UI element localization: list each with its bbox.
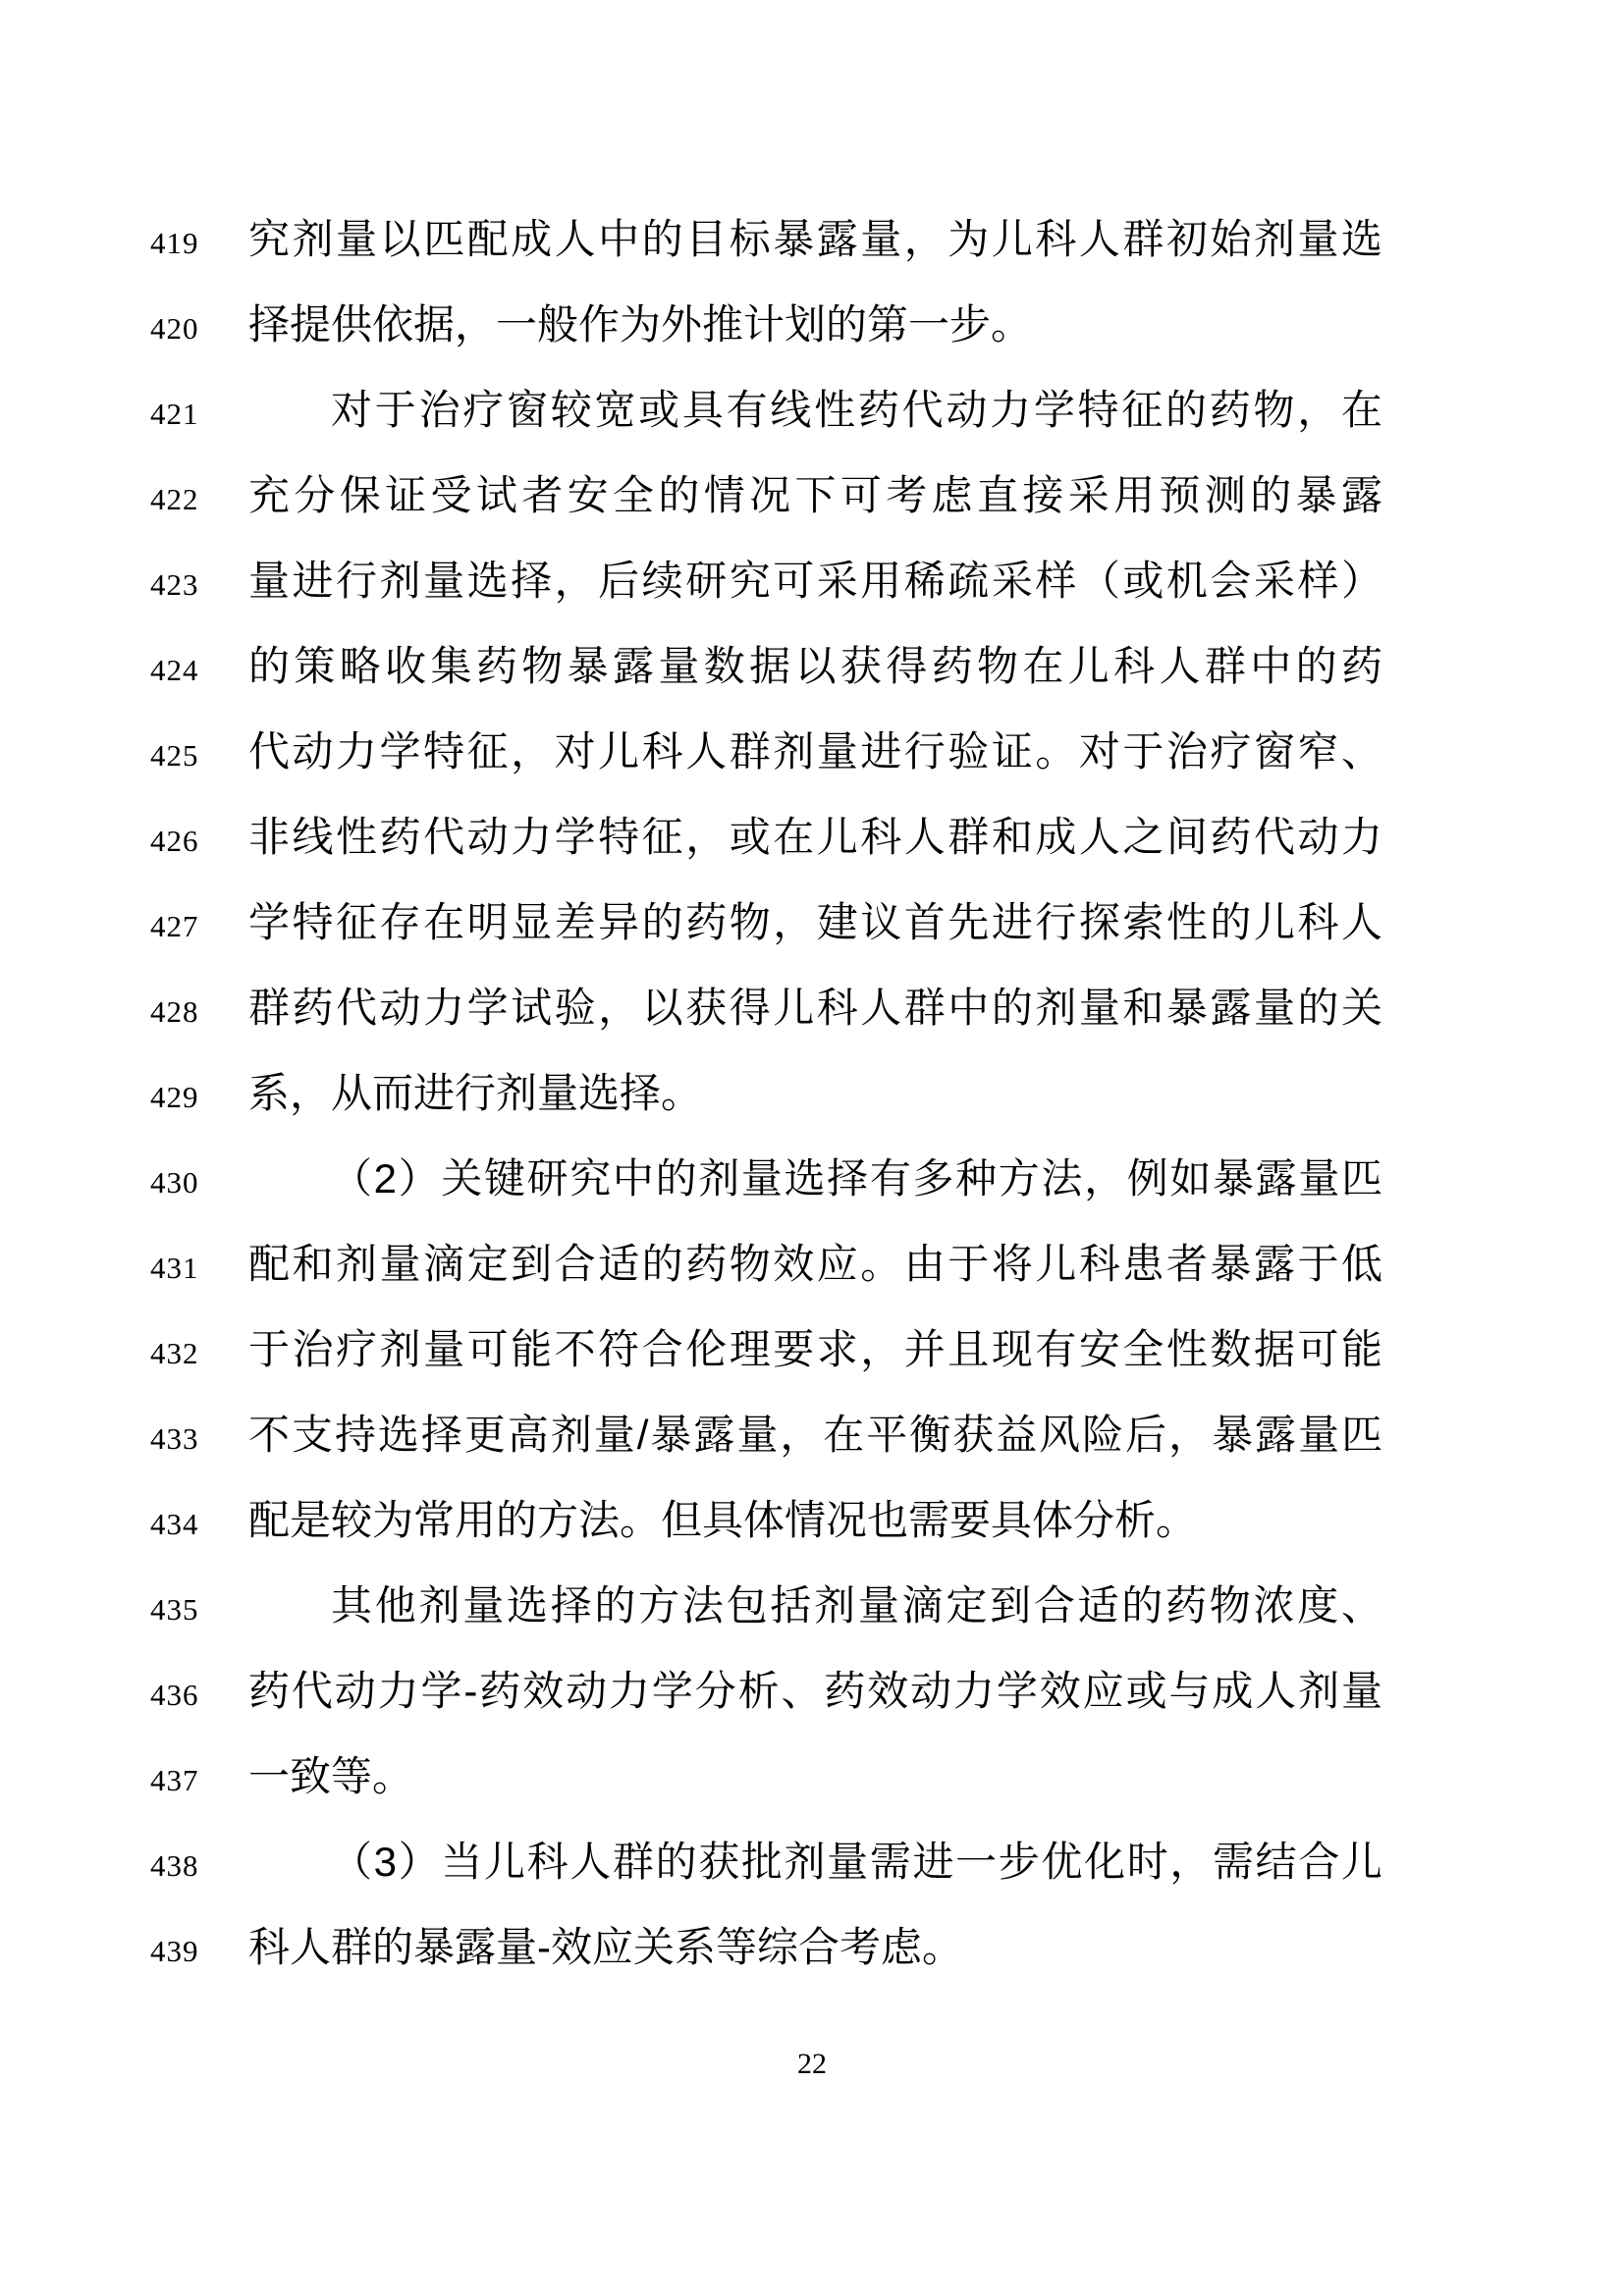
text-line: 436 药代动力学-药效动力学分析、药效动力学效应或与成人剂量 — [150, 1648, 1382, 1734]
text-line: 426 非线性药代动力学特征，或在儿科人群和成人之间药代动力 — [150, 794, 1382, 880]
line-text: 配和剂量滴定到合适的药物效应。由于将儿科患者暴露于低 — [248, 1221, 1382, 1307]
text-line: 427 学特征存在明显差异的药物，建议首先进行探索性的儿科人 — [150, 880, 1382, 965]
document-page: 419 究剂量以匹配成人中的目标暴露量，为儿科人群初始剂量选 420 择提供依据… — [0, 0, 1624, 2296]
line-number: 421 — [150, 371, 248, 456]
line-text: 科人群的暴露量-效应关系等综合考虑。 — [248, 1904, 1382, 1990]
line-text: （3）当儿科人群的获批剂量需进一步优化时，需结合儿 — [248, 1819, 1382, 1904]
line-number: 419 — [150, 200, 248, 286]
line-number: 422 — [150, 456, 248, 542]
text-line: 425 代动力学特征，对儿科人群剂量进行验证。对于治疗窗窄、 — [150, 709, 1382, 794]
text-line: 430 （2）关键研究中的剂量选择有多种方法，例如暴露量匹 — [150, 1136, 1382, 1221]
line-number: 423 — [150, 542, 248, 627]
text-line: 420 择提供依据，一般作为外推计划的第一步。 — [150, 282, 1382, 367]
text-line: 422 充分保证受试者安全的情况下可考虑直接采用预测的暴露 — [150, 453, 1382, 538]
line-text: 不支持选择更高剂量/暴露量，在平衡获益风险后，暴露量匹 — [248, 1392, 1382, 1477]
text-line: 439 科人群的暴露量-效应关系等综合考虑。 — [150, 1904, 1382, 1990]
line-number: 433 — [150, 1396, 248, 1481]
text-line: 432 于治疗剂量可能不符合伦理要求，并且现有安全性数据可能 — [150, 1307, 1382, 1392]
text-line: 424 的策略收集药物暴露量数据以获得药物在儿科人群中的药 — [150, 623, 1382, 709]
line-text: 量进行剂量选择，后续研究可采用稀疏采样（或机会采样） — [248, 538, 1382, 623]
line-text: 药代动力学-药效动力学分析、药效动力学效应或与成人剂量 — [248, 1648, 1382, 1734]
line-number: 430 — [150, 1140, 248, 1225]
line-text: 其他剂量选择的方法包括剂量滴定到合适的药物浓度、 — [248, 1563, 1382, 1648]
text-line: 435 其他剂量选择的方法包括剂量滴定到合适的药物浓度、 — [150, 1563, 1382, 1648]
line-number: 437 — [150, 1737, 248, 1823]
line-number: 428 — [150, 969, 248, 1054]
line-number: 429 — [150, 1054, 248, 1140]
line-number: 431 — [150, 1225, 248, 1310]
line-text: （2）关键研究中的剂量选择有多种方法，例如暴露量匹 — [248, 1136, 1382, 1221]
text-line: 429 系，从而进行剂量选择。 — [150, 1050, 1382, 1136]
line-text: 代动力学特征，对儿科人群剂量进行验证。对于治疗窗窄、 — [248, 709, 1382, 794]
line-text: 究剂量以匹配成人中的目标暴露量，为儿科人群初始剂量选 — [248, 196, 1382, 282]
line-text: 系，从而进行剂量选择。 — [248, 1050, 1382, 1136]
line-number: 434 — [150, 1481, 248, 1567]
text-line: 433 不支持选择更高剂量/暴露量，在平衡获益风险后，暴露量匹 — [150, 1392, 1382, 1477]
text-body: 419 究剂量以匹配成人中的目标暴露量，为儿科人群初始剂量选 420 择提供依据… — [150, 196, 1382, 1990]
line-number: 432 — [150, 1310, 248, 1396]
line-text: 群药代动力学试验，以获得儿科人群中的剂量和暴露量的关 — [248, 965, 1382, 1050]
text-line: 431 配和剂量滴定到合适的药物效应。由于将儿科患者暴露于低 — [150, 1221, 1382, 1307]
line-text: 一致等。 — [248, 1734, 1382, 1819]
line-number: 427 — [150, 883, 248, 969]
line-text: 择提供依据，一般作为外推计划的第一步。 — [248, 282, 1382, 367]
line-text: 对于治疗窗较宽或具有线性药代动力学特征的药物，在 — [248, 367, 1382, 453]
line-number: 426 — [150, 798, 248, 883]
text-line: 428 群药代动力学试验，以获得儿科人群中的剂量和暴露量的关 — [150, 965, 1382, 1050]
line-text: 配是较为常用的方法。但具体情况也需要具体分析。 — [248, 1477, 1382, 1563]
line-text: 学特征存在明显差异的药物，建议首先进行探索性的儿科人 — [248, 880, 1382, 965]
line-text: 非线性药代动力学特征，或在儿科人群和成人之间药代动力 — [248, 794, 1382, 880]
text-line: 423 量进行剂量选择，后续研究可采用稀疏采样（或机会采样） — [150, 538, 1382, 623]
line-number: 420 — [150, 286, 248, 371]
text-line: 437 一致等。 — [150, 1734, 1382, 1819]
line-number: 436 — [150, 1652, 248, 1737]
line-number: 439 — [150, 1908, 248, 1994]
line-number: 435 — [150, 1567, 248, 1652]
line-text: 充分保证受试者安全的情况下可考虑直接采用预测的暴露 — [248, 453, 1382, 538]
text-line: 421 对于治疗窗较宽或具有线性药代动力学特征的药物，在 — [150, 367, 1382, 453]
line-number: 438 — [150, 1823, 248, 1908]
text-line: 434 配是较为常用的方法。但具体情况也需要具体分析。 — [150, 1477, 1382, 1563]
line-number: 424 — [150, 627, 248, 713]
line-number: 425 — [150, 713, 248, 798]
text-line: 419 究剂量以匹配成人中的目标暴露量，为儿科人群初始剂量选 — [150, 196, 1382, 282]
page-number: 22 — [0, 2050, 1624, 2079]
text-line: 438 （3）当儿科人群的获批剂量需进一步优化时，需结合儿 — [150, 1819, 1382, 1904]
line-text: 的策略收集药物暴露量数据以获得药物在儿科人群中的药 — [248, 623, 1382, 709]
line-text: 于治疗剂量可能不符合伦理要求，并且现有安全性数据可能 — [248, 1307, 1382, 1392]
